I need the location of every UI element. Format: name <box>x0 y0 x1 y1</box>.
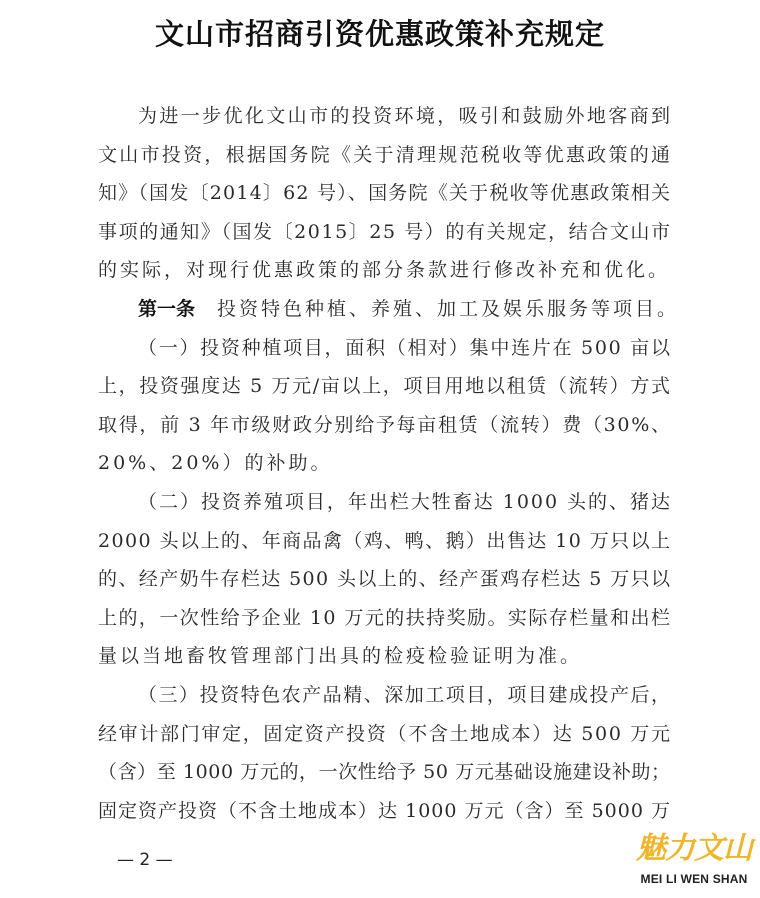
line-text: 文山市投资，根据国务院《关于清理规范税收等优惠政策的通 <box>98 136 672 175</box>
watermark-chinese: 魅力文山 <box>628 832 760 866</box>
article-title: 投资特色种植、养殖、加工及娱乐服务等项目。 <box>217 290 679 329</box>
paragraph-line: 固定资产投资（不含土地成本）达 1000 万元（含）至 5000 万 <box>98 792 670 831</box>
line-text: （三）投资特色农产品精、深加工项目，项目建成投产后， <box>138 676 672 715</box>
paragraph-line: （一）投资种植项目，面积（相对）集中连片在 500 亩以 <box>98 329 670 368</box>
line-text: 取得，前 3 年市级财政分别给予每亩租赁（流转）费（30%、 <box>98 406 672 445</box>
line-text: 事项的通知》（国发〔2015〕25 号）的有关规定，结合文山市 <box>98 213 672 252</box>
line-text: （含）至 1000 万元的，一次性给予 50 万元基础设施建设补助； <box>98 753 671 792</box>
paragraph-line: 为进一步优化文山市的投资环境，吸引和鼓励外地客商到 <box>98 97 670 136</box>
paragraph-line: （含）至 1000 万元的，一次性给予 50 万元基础设施建设补助； <box>98 753 670 792</box>
paragraph-line: 20%、20%）的补助。 <box>98 444 670 483</box>
paragraph-line: 量以当地畜牧管理部门出具的检疫检验证明为准。 <box>98 637 670 676</box>
line-text: 固定资产投资（不含土地成本）达 1000 万元（含）至 5000 万 <box>98 792 671 831</box>
article-heading-line: 第一条 投资特色种植、养殖、加工及娱乐服务等项目。 <box>98 290 670 329</box>
document-title: 文山市招商引资优惠政策补充规定 <box>0 12 760 53</box>
line-text: 的、经产奶牛存栏达 500 头以上的、经产蛋鸡存栏达 5 万只以 <box>98 560 671 599</box>
paragraph-line: 文山市投资，根据国务院《关于清理规范税收等优惠政策的通 <box>98 136 670 175</box>
paragraph-line: （三）投资特色农产品精、深加工项目，项目建成投产后， <box>98 676 670 715</box>
paragraph-line: 经审计部门审定，固定资产投资（不含土地成本）达 500 万元 <box>98 715 670 754</box>
paragraph-line: 取得，前 3 年市级财政分别给予每亩租赁（流转）费（30%、 <box>98 406 670 445</box>
paragraph-line: 的实际，对现行优惠政策的部分条款进行修改补充和优化。 <box>98 251 670 290</box>
line-text: 上的，一次性给予企业 10 万元的扶持奖励。实际存栏量和出栏 <box>98 599 671 638</box>
paragraph-line: 知》（国发〔2014〕62 号）、国务院《关于税收等优惠政策相关 <box>98 174 670 213</box>
line-text: 为进一步优化文山市的投资环境，吸引和鼓励外地客商到 <box>138 97 672 136</box>
line-text: 20%、20%）的补助。 <box>98 444 332 483</box>
article-number: 第一条 <box>138 290 195 329</box>
watermark-english: MEI LI WEN SHAN <box>628 872 760 886</box>
paragraph-line: 上的，一次性给予企业 10 万元的扶持奖励。实际存栏量和出栏 <box>98 599 670 638</box>
page-number: — 2 — <box>117 850 173 870</box>
paragraph-line: 上，投资强度达 5 万元/亩以上，项目用地以租赁（流转）方式 <box>98 367 670 406</box>
watermark-logo: 魅力文山 MEI LI WEN SHAN <box>628 832 760 886</box>
paragraph-line: 事项的通知》（国发〔2015〕25 号）的有关规定，结合文山市 <box>98 213 670 252</box>
line-text: 经审计部门审定，固定资产投资（不含土地成本）达 500 万元 <box>98 715 672 754</box>
document-body: 为进一步优化文山市的投资环境，吸引和鼓励外地客商到 文山市投资，根据国务院《关于… <box>98 97 670 830</box>
line-text: 知》（国发〔2014〕62 号）、国务院《关于税收等优惠政策相关 <box>98 174 671 213</box>
line-text: （二）投资养殖项目，年出栏大牲畜达 1000 头的、猪达 <box>138 483 672 522</box>
line-text: （一）投资种植项目，面积（相对）集中连片在 500 亩以 <box>138 329 672 368</box>
line-text: 上，投资强度达 5 万元/亩以上，项目用地以租赁（流转）方式 <box>98 367 672 406</box>
line-text: 的实际，对现行优惠政策的部分条款进行修改补充和优化。 <box>98 251 670 290</box>
line-text: 量以当地畜牧管理部门出具的检疫检验证明为准。 <box>98 637 582 676</box>
line-text: 2000 头以上的、年商品禽（鸡、鸭、鹅）出售达 10 万只以上 <box>98 522 671 561</box>
paragraph-line: （二）投资养殖项目，年出栏大牲畜达 1000 头的、猪达 <box>98 483 670 522</box>
paragraph-line: 2000 头以上的、年商品禽（鸡、鸭、鹅）出售达 10 万只以上 <box>98 522 670 561</box>
paragraph-line: 的、经产奶牛存栏达 500 头以上的、经产蛋鸡存栏达 5 万只以 <box>98 560 670 599</box>
